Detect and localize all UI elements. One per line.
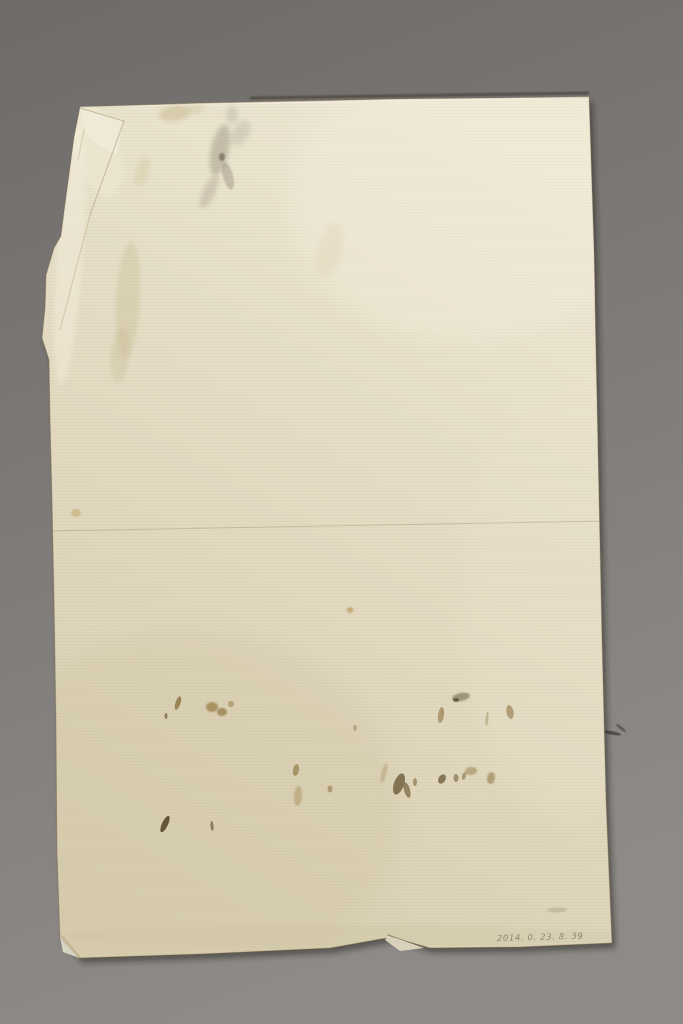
- speck: [413, 778, 417, 786]
- scratch-mark-core: [453, 698, 459, 702]
- graphite-smudge-5: [226, 106, 238, 124]
- stain-small-yellow: [71, 509, 81, 517]
- speck-blotch-2: [217, 708, 227, 716]
- speck: [228, 701, 234, 707]
- speck: [328, 786, 333, 793]
- speck: [353, 725, 357, 731]
- speck: [454, 774, 459, 782]
- speck-blotch: [206, 702, 218, 712]
- photo-canvas: 2014. 0. 23. 8. 39: [0, 0, 683, 1024]
- stain-center-spot: [347, 607, 354, 613]
- graphite-smudge-core: [219, 153, 225, 161]
- speck: [165, 713, 168, 719]
